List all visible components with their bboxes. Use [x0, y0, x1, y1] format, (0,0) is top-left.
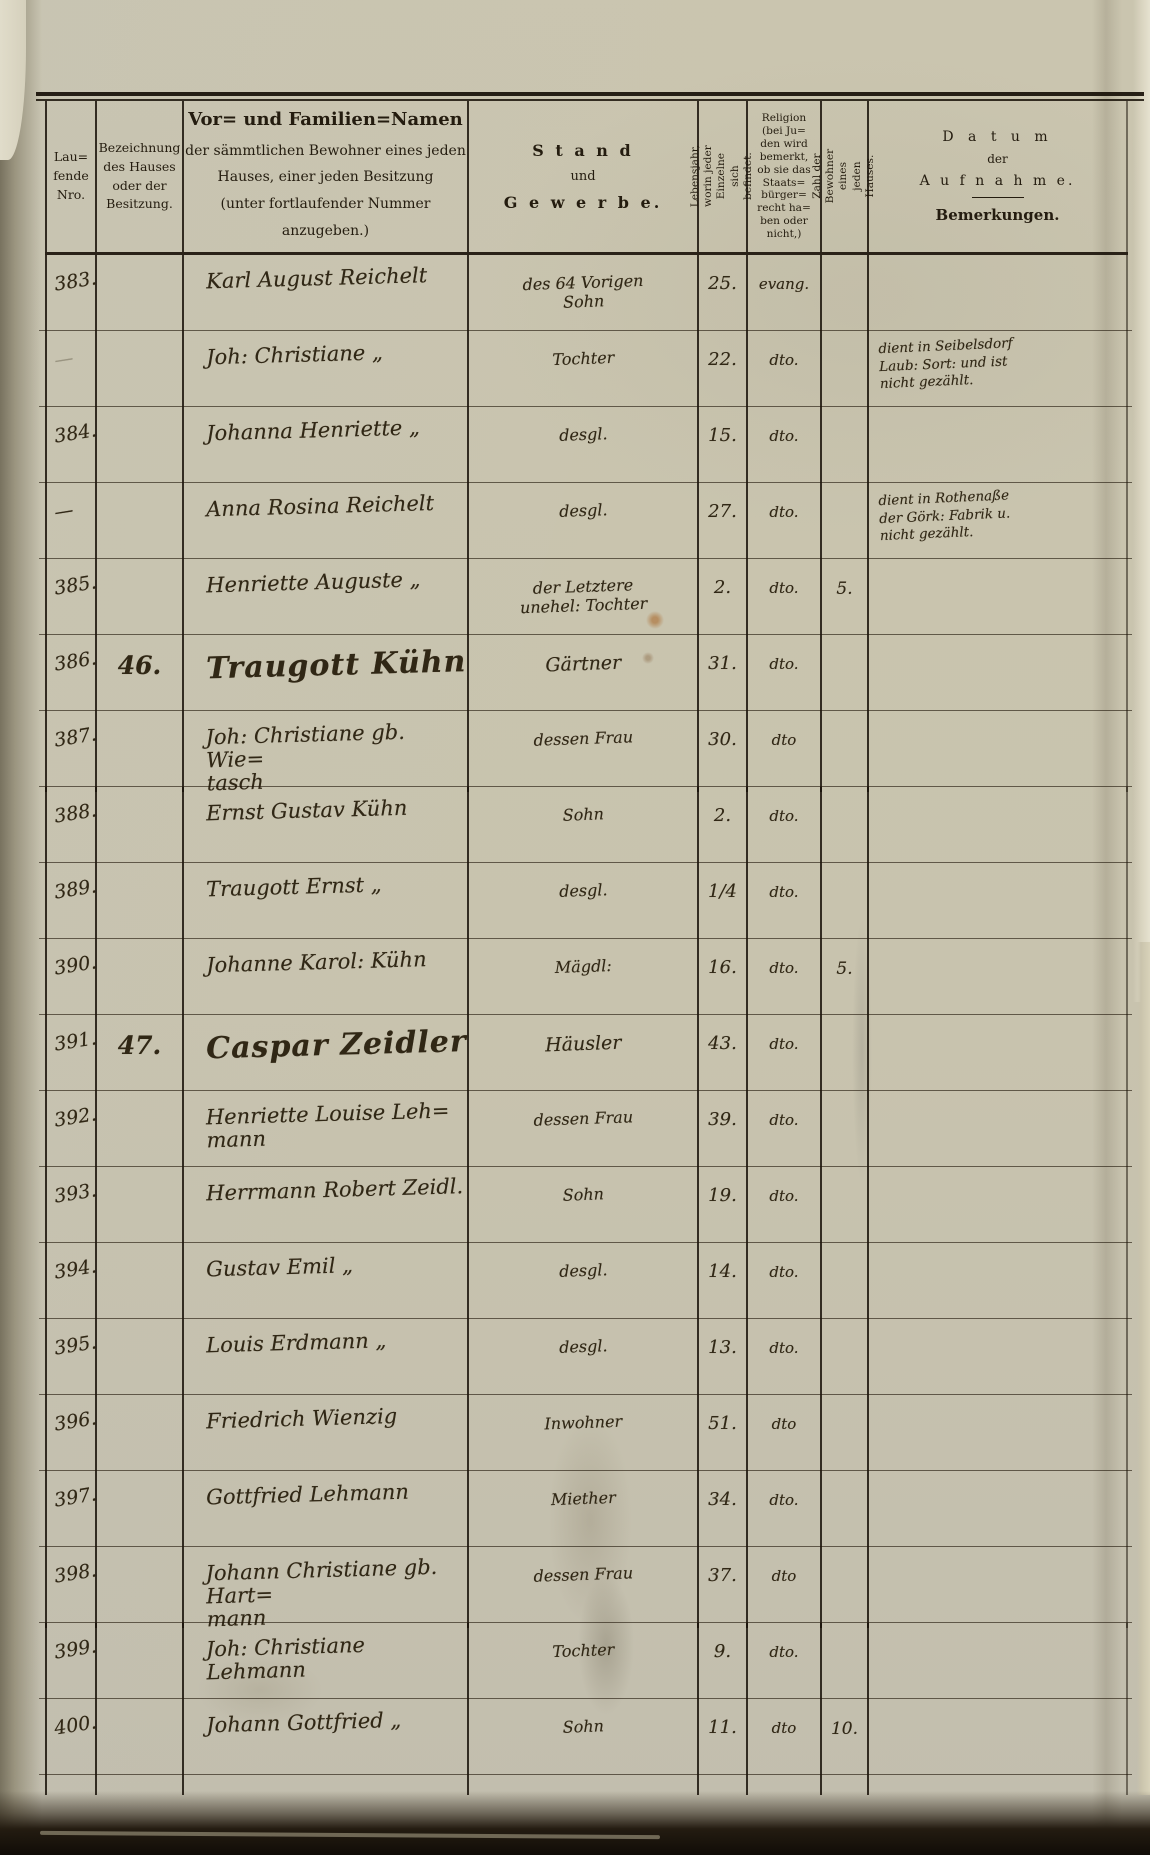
age-cell: 15. — [697, 407, 746, 483]
occupation: Sohn — [468, 1695, 697, 1740]
house-number-cell — [95, 407, 182, 483]
header-running-number-label: Lau= fende Nro. — [53, 148, 88, 204]
occupation-cell: Sohn — [467, 1699, 697, 1775]
occupation-cell: desgl. — [467, 483, 697, 559]
house-number: 47. — [97, 1015, 182, 1060]
table-row: 395. Louis Erdmann „ desgl. 13. dto. — [45, 1319, 1128, 1395]
residents-count — [822, 1319, 867, 1339]
occupation-cell: Inwohner — [467, 1395, 697, 1471]
resident-name: Louis Erdmann „ — [184, 1315, 468, 1358]
resident-name: Joh: Christiane „ — [184, 327, 468, 370]
religion-cell: dto — [746, 1699, 820, 1775]
row-number-cell: 396. — [45, 1395, 95, 1471]
name-cell: Anna Rosina Reichelt — [182, 483, 467, 559]
religion-value: dto. — [748, 1091, 820, 1129]
remarks-cell — [867, 635, 1128, 711]
religion-value: dto — [748, 1699, 820, 1737]
residents-count-cell — [820, 1091, 867, 1167]
religion-cell: dto — [746, 711, 820, 792]
house-number-cell: 46. — [95, 635, 182, 711]
header-date-remarks: D a t u m der A u f n a h m e. Bemerkung… — [867, 101, 1128, 252]
table-row: 383. Karl August Reichelt des 64 Vorigen… — [45, 255, 1128, 331]
occupation: Inwohner — [468, 1391, 697, 1436]
house-number-cell — [95, 1167, 182, 1243]
row-number: 399. — [44, 1619, 97, 1664]
age-value: 19. — [699, 1167, 746, 1206]
row-number: — — [44, 479, 97, 524]
religion-value: dto. — [748, 635, 820, 673]
remarks: dient in Rothenaße der Görk: Fabrik u. n… — [868, 476, 1150, 546]
residents-count — [822, 1167, 867, 1187]
house-number-cell — [95, 1243, 182, 1319]
age-cell: 11. — [697, 1699, 746, 1775]
remarks-cell: dient in Rothenaße der Görk: Fabrik u. n… — [867, 483, 1128, 559]
remarks: dient in Seibelsdorf Laub: Sort: und ist… — [868, 324, 1150, 394]
name-cell: Friedrich Wienzig — [182, 1395, 467, 1471]
house-number — [97, 1395, 182, 1411]
row-number-cell: 395. — [45, 1319, 95, 1395]
row-number-cell: 385. — [45, 559, 95, 635]
resident-name: Henriette Louise Leh= mann — [183, 1087, 468, 1153]
age-value: 22. — [699, 331, 746, 370]
residents-count-cell — [820, 1015, 867, 1091]
religion-cell: dto. — [746, 1471, 820, 1547]
religion-cell: dto. — [746, 1319, 820, 1395]
residents-count — [822, 483, 867, 503]
religion-value: dto. — [748, 863, 820, 901]
table-header: Lau= fende Nro. Bezeichnung des Hauses o… — [45, 101, 1128, 255]
name-cell: Gottfried Lehmann — [182, 1471, 467, 1547]
age-cell: 19. — [697, 1167, 746, 1243]
header-occupation-line3: G e w e r b e. — [504, 193, 663, 212]
residents-count — [822, 1623, 867, 1643]
residents-count — [822, 635, 867, 655]
occupation: dessen Frau — [468, 1087, 697, 1132]
residents-count-cell — [820, 1395, 867, 1471]
header-occupation-line2: und — [570, 169, 595, 184]
age-value: 43. — [699, 1015, 746, 1054]
residents-count-cell — [820, 483, 867, 559]
resident-name — [184, 1771, 467, 1791]
resident-name: Joh: Christiane gb. Wie= tasch — [183, 707, 468, 796]
age-value: 1/4 — [699, 863, 746, 902]
religion-value: dto. — [748, 331, 820, 369]
remarks-cell — [867, 711, 1128, 792]
religion-cell: dto. — [746, 635, 820, 711]
age-cell: 30. — [697, 711, 746, 792]
age-cell: 51. — [697, 1395, 746, 1471]
row-number-cell: 393. — [45, 1167, 95, 1243]
occupation-cell: Häusler — [467, 1015, 697, 1091]
residents-count-cell — [820, 1167, 867, 1243]
residents-count — [822, 863, 867, 883]
religion-value: dto. — [748, 1471, 820, 1509]
row-number: 384. — [44, 403, 97, 448]
house-number — [97, 711, 182, 727]
age-value: 25. — [699, 255, 746, 294]
residents-count-cell — [820, 1243, 867, 1319]
resident-name: Gustav Emil „ — [184, 1239, 468, 1282]
row-number-cell: — — [45, 483, 95, 559]
residents-count: 5. — [822, 939, 867, 979]
row-number: 397. — [44, 1467, 97, 1512]
religion-value: dto — [748, 711, 820, 749]
row-number-cell: 398. — [45, 1547, 95, 1628]
header-house-designation-label: Bezeichnung des Hauses oder der Besitzun… — [99, 139, 181, 214]
resident-name: Traugott Ernst „ — [184, 859, 468, 902]
occupation-cell: dessen Frau — [467, 1091, 697, 1167]
age-cell: 31. — [697, 635, 746, 711]
religion-cell: dto — [746, 1395, 820, 1471]
occupation: desgl. — [468, 403, 697, 448]
table-row: 398. Johann Christiane gb. Hart= mann de… — [45, 1547, 1128, 1623]
row-number: 395. — [44, 1315, 97, 1360]
occupation-cell: desgl. — [467, 1243, 697, 1319]
row-number-cell: 383. — [45, 255, 95, 331]
house-number — [97, 787, 182, 803]
header-remarks-label: Bemerkungen. — [936, 206, 1060, 224]
house-number — [97, 255, 182, 271]
table-row: 389. Traugott Ernst „ desgl. 1/4 dto. — [45, 863, 1128, 939]
remarks-cell — [867, 1471, 1128, 1547]
top-double-rule — [36, 92, 1144, 101]
religion-value: dto. — [748, 1015, 820, 1053]
resident-name: Traugott Kühn — [183, 631, 467, 686]
occupation: Mägdl: — [468, 935, 697, 980]
age-cell: 25. — [697, 255, 746, 331]
header-religion-label: Religion (bei Ju= den wird bemerkt, ob s… — [757, 112, 811, 241]
residents-count-cell — [820, 1623, 867, 1699]
religion-value: dto. — [748, 939, 820, 977]
residents-count-cell — [820, 1471, 867, 1547]
religion-cell: dto. — [746, 939, 820, 1015]
residents-count — [822, 787, 867, 807]
resident-name: Ernst Gustav Kühn — [184, 783, 468, 826]
row-number: 394. — [44, 1239, 97, 1284]
age-cell: 39. — [697, 1091, 746, 1167]
name-cell: Herrmann Robert Zeidl. — [182, 1167, 467, 1243]
row-number-cell: 397. — [45, 1471, 95, 1547]
religion-cell: dto. — [746, 863, 820, 939]
age-value: 2. — [699, 559, 746, 598]
occupation: Häusler — [468, 1011, 697, 1060]
name-cell: Joh: Christiane gb. Wie= tasch — [182, 711, 467, 792]
residents-count — [822, 331, 867, 351]
name-cell: Johann Christiane gb. Hart= mann — [182, 1547, 467, 1628]
religion-value: dto — [748, 1547, 820, 1585]
occupation-cell: dessen Frau — [467, 711, 697, 792]
resident-name: Henriette Auguste „ — [184, 555, 468, 598]
row-number: 385. — [44, 555, 97, 600]
age-value: 37. — [699, 1547, 746, 1586]
row-number: 383. — [44, 251, 97, 296]
row-number: 390. — [44, 935, 97, 980]
register-page: Lau= fende Nro. Bezeichnung des Hauses o… — [0, 0, 1150, 1855]
resident-name: Johanna Henriette „ — [184, 403, 468, 446]
occupation: desgl. — [468, 1315, 697, 1360]
resident-name: Johanne Karol: Kühn — [184, 935, 468, 978]
table-row: — Joh: Christiane „ Tochter 22. dto. die… — [45, 331, 1128, 407]
table-row: 397. Gottfried Lehmann Miether 34. dto. — [45, 1471, 1128, 1547]
occupation-cell: dessen Frau — [467, 1547, 697, 1628]
occupation: Miether — [468, 1467, 697, 1512]
house-number-cell — [95, 939, 182, 1015]
row-number: 386. — [44, 631, 97, 676]
occupation-cell: Gärtner — [467, 635, 697, 711]
house-number: 46. — [97, 635, 182, 680]
header-occupation-line1: S t a n d — [532, 141, 633, 160]
religion-cell: dto. — [746, 787, 820, 863]
name-cell: Joh: Christiane Lehmann — [182, 1623, 467, 1699]
empty-row — [45, 1775, 1128, 1791]
house-number — [97, 1091, 182, 1107]
name-cell: Ernst Gustav Kühn — [182, 787, 467, 863]
residents-count-cell — [820, 863, 867, 939]
occupation-cell: Tochter — [467, 331, 697, 407]
occupation: desgl. — [468, 859, 697, 904]
table-row: 392. Henriette Louise Leh= mann dessen F… — [45, 1091, 1128, 1167]
house-number — [97, 483, 182, 499]
name-cell: Traugott Ernst „ — [182, 863, 467, 939]
occupation: des 64 Vorigen Sohn — [468, 251, 698, 315]
occupation: dessen Frau — [468, 1543, 697, 1588]
age-value: 34. — [699, 1471, 746, 1510]
occupation-cell: Tochter — [467, 1623, 697, 1699]
remarks-cell — [867, 1319, 1128, 1395]
residents-count-cell — [820, 711, 867, 792]
residents-count — [822, 1547, 867, 1567]
house-number-cell: 47. — [95, 1015, 182, 1091]
residents-count — [822, 1243, 867, 1263]
header-date-line2: der — [987, 152, 1008, 166]
remarks-cell — [867, 1091, 1128, 1167]
remarks-cell — [867, 255, 1128, 331]
name-cell: Johanna Henriette „ — [182, 407, 467, 483]
religion-value: dto. — [748, 1623, 820, 1661]
row-number-cell: — — [45, 331, 95, 407]
house-number-cell — [95, 1547, 182, 1628]
house-number — [97, 1699, 182, 1715]
table-row: 385. Henriette Auguste „ der Letztere un… — [45, 559, 1128, 635]
residents-count-cell — [820, 635, 867, 711]
house-number — [97, 1167, 182, 1183]
occupation: Sohn — [468, 783, 697, 828]
age-cell: 43. — [697, 1015, 746, 1091]
occupation-cell: desgl. — [467, 863, 697, 939]
house-number — [97, 1243, 182, 1259]
house-number-cell — [95, 711, 182, 792]
religion-value: dto. — [748, 483, 820, 521]
religion-cell: dto — [746, 1547, 820, 1628]
residents-count — [822, 711, 867, 731]
row-number-cell: 394. — [45, 1243, 95, 1319]
house-number — [97, 331, 182, 347]
occupation-cell: Sohn — [467, 787, 697, 863]
religion-value: dto. — [748, 1167, 820, 1205]
age-cell: 14. — [697, 1243, 746, 1319]
age-value: 27. — [699, 483, 746, 522]
header-age: Lebensjahr, worin jeder Einzelne sich be… — [697, 101, 746, 252]
remarks-cell: dient in Seibelsdorf Laub: Sort: und ist… — [867, 331, 1128, 407]
age-cell: 13. — [697, 1319, 746, 1395]
residents-count-cell — [820, 407, 867, 483]
age-value: 15. — [699, 407, 746, 446]
house-number-cell — [95, 787, 182, 863]
house-number-cell — [95, 1623, 182, 1699]
house-number — [97, 1547, 182, 1563]
house-number-cell — [95, 863, 182, 939]
header-names-title: Vor= und Familien=Namen — [188, 109, 463, 130]
age-cell: 2. — [697, 787, 746, 863]
remarks-cell — [867, 939, 1128, 1015]
row-number-cell: 389. — [45, 863, 95, 939]
religion-cell: dto. — [746, 1015, 820, 1091]
remarks-cell — [867, 407, 1128, 483]
header-residents-count: Zahl der Bewohner eines jeden Hauses. — [820, 101, 867, 252]
row-number-cell: 400. — [45, 1699, 95, 1775]
religion-cell: evang. — [746, 255, 820, 331]
table-row: 396. Friedrich Wienzig Inwohner 51. dto — [45, 1395, 1128, 1471]
row-number-cell: 391. — [45, 1015, 95, 1091]
header-names: Vor= und Familien=Namen der sämmtlichen … — [182, 101, 467, 252]
age-cell: 22. — [697, 331, 746, 407]
header-running-number: Lau= fende Nro. — [45, 101, 95, 252]
remarks-cell — [867, 863, 1128, 939]
name-cell: Henriette Louise Leh= mann — [182, 1091, 467, 1167]
residents-count — [822, 1015, 867, 1035]
residents-count: 5. — [822, 559, 867, 599]
name-cell: Gustav Emil „ — [182, 1243, 467, 1319]
residents-count-cell: 10. — [820, 1699, 867, 1775]
religion-cell: dto. — [746, 559, 820, 635]
residents-count-cell — [820, 255, 867, 331]
row-number: 391. — [44, 1011, 97, 1056]
residents-count-cell: 5. — [820, 939, 867, 1015]
house-number-cell — [95, 331, 182, 407]
table-body: 383. Karl August Reichelt des 64 Vorigen… — [45, 255, 1128, 1791]
name-cell: Karl August Reichelt — [182, 255, 467, 331]
occupation: Sohn — [468, 1163, 697, 1208]
age-cell: 37. — [697, 1547, 746, 1628]
religion-value: evang. — [748, 255, 820, 293]
bottom-page-sliver — [40, 1831, 660, 1839]
row-number: 392. — [44, 1087, 97, 1132]
occupation-cell: desgl. — [467, 407, 697, 483]
religion-value: dto. — [748, 559, 820, 597]
remarks-cell — [867, 1243, 1128, 1319]
house-number — [97, 1319, 182, 1335]
row-number-cell: 390. — [45, 939, 95, 1015]
resident-name: Herrmann Robert Zeidl. — [184, 1163, 468, 1206]
remarks-cell — [867, 1015, 1128, 1091]
occupation-cell: Miether — [467, 1471, 697, 1547]
name-cell: Johann Gottfried „ — [182, 1699, 467, 1775]
age-cell: 34. — [697, 1471, 746, 1547]
resident-name: Johann Christiane gb. Hart= mann — [183, 1543, 468, 1632]
religion-cell: dto. — [746, 1243, 820, 1319]
name-cell: Traugott Kühn — [182, 635, 467, 711]
religion-cell: dto. — [746, 407, 820, 483]
name-cell: Louis Erdmann „ — [182, 1319, 467, 1395]
row-number: — — [44, 327, 97, 372]
resident-name: Johann Gottfried „ — [184, 1695, 468, 1738]
row-number-cell: 384. — [45, 407, 95, 483]
age-cell: 9. — [697, 1623, 746, 1699]
occupation-cell: desgl. — [467, 1319, 697, 1395]
header-date-divider — [972, 197, 1024, 198]
header-names-subtitle: der sämmtlichen Bewohner eines jeden Hau… — [184, 138, 467, 244]
table-row: 386. 46. Traugott Kühn Gärtner 31. dto. — [45, 635, 1128, 711]
remarks-cell — [867, 1547, 1128, 1628]
table-row: 400. Johann Gottfried „ Sohn 11. dto 10. — [45, 1699, 1128, 1775]
age-cell: 16. — [697, 939, 746, 1015]
bottom-page-edges — [0, 1791, 1150, 1855]
row-number: 389. — [44, 859, 97, 904]
occupation-cell: der Letztere unehel: Tochter — [467, 559, 697, 635]
age-value: 13. — [699, 1319, 746, 1358]
resident-name: Friedrich Wienzig — [184, 1391, 468, 1434]
religion-value: dto — [748, 1395, 820, 1433]
house-number — [97, 1623, 182, 1639]
house-number-cell — [95, 483, 182, 559]
religion-value: dto. — [748, 787, 820, 825]
row-number: 393. — [44, 1163, 97, 1208]
remarks-cell — [867, 1699, 1128, 1775]
row-number: 388. — [44, 783, 97, 828]
name-cell: Joh: Christiane „ — [182, 331, 467, 407]
row-number-cell: 386. — [45, 635, 95, 711]
remarks-cell — [867, 559, 1128, 635]
religion-cell: dto. — [746, 483, 820, 559]
occupation: dessen Frau — [468, 707, 697, 752]
age-value: 30. — [699, 711, 746, 750]
resident-name: Joh: Christiane Lehmann — [183, 1619, 468, 1685]
occupation-cell: Mägdl: — [467, 939, 697, 1015]
residents-count-cell — [820, 787, 867, 863]
religion-cell: dto. — [746, 1091, 820, 1167]
name-cell: Johanne Karol: Kühn — [182, 939, 467, 1015]
table-row: — Anna Rosina Reichelt desgl. 27. dto. d… — [45, 483, 1128, 559]
house-number-cell — [95, 1471, 182, 1547]
table-row: 394. Gustav Emil „ desgl. 14. dto. — [45, 1243, 1128, 1319]
residents-count-cell — [820, 1319, 867, 1395]
religion-value: dto. — [748, 407, 820, 445]
age-value: 11. — [699, 1699, 746, 1738]
religion-cell: dto. — [746, 1167, 820, 1243]
row-number-cell: 399. — [45, 1623, 95, 1699]
house-number — [97, 1471, 182, 1487]
residents-count — [822, 255, 867, 275]
row-number-cell: 387. — [45, 711, 95, 792]
religion-value: dto. — [748, 1319, 820, 1357]
header-occupation: S t a n d und G e w e r b e. — [467, 101, 697, 252]
occupation-cell: des 64 Vorigen Sohn — [467, 255, 697, 331]
header-date-line1: D a t u m — [942, 129, 1052, 145]
row-number-cell: 388. — [45, 787, 95, 863]
house-number-cell — [95, 1319, 182, 1395]
page-stack-edge-bottom — [1137, 942, 1150, 1795]
age-value: 14. — [699, 1243, 746, 1282]
age-value: 2. — [699, 787, 746, 826]
name-cell: Henriette Auguste „ — [182, 559, 467, 635]
resident-name: Gottfried Lehmann — [184, 1467, 468, 1510]
house-number — [97, 559, 182, 575]
house-number — [97, 1775, 182, 1791]
house-number-cell — [95, 1395, 182, 1471]
age-value: 51. — [699, 1395, 746, 1434]
occupation: Gärtner — [468, 631, 697, 680]
table-row: 399. Joh: Christiane Lehmann Tochter 9. … — [45, 1623, 1128, 1699]
